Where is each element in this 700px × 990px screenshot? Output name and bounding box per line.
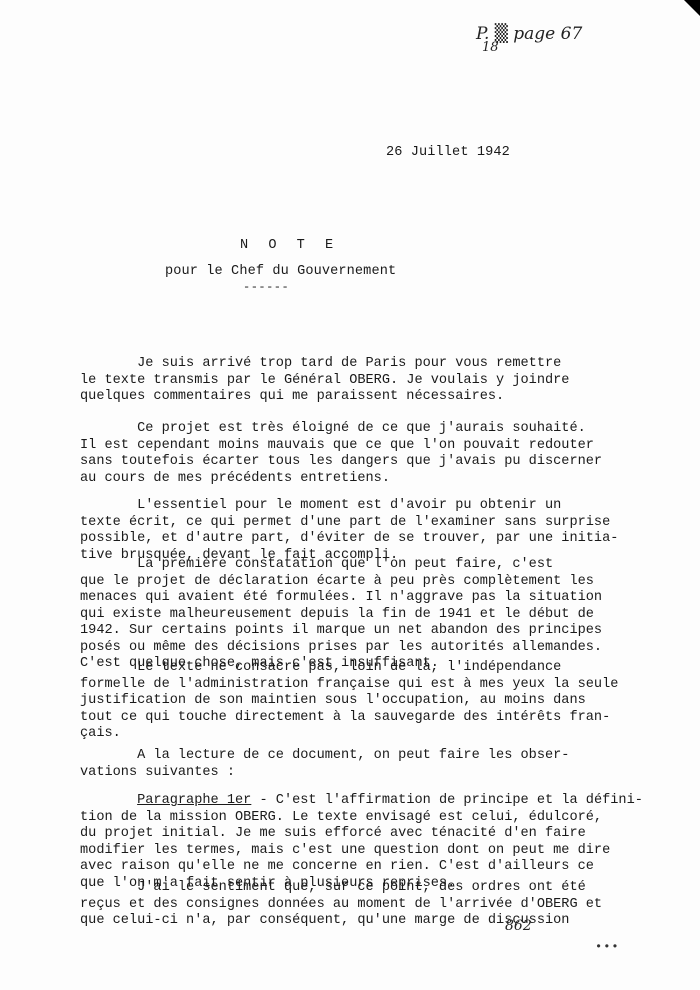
- text-line: modifier les termes, mais c'est une ques…: [80, 843, 643, 860]
- text-line: du projet initial. Je me suis efforcé av…: [80, 826, 643, 843]
- archive-annotation-sub: 18: [482, 40, 499, 55]
- archive-annotation: P. ▒ page 67 18: [476, 24, 582, 44]
- text-line: justification de son maintien sous l'occ…: [80, 693, 618, 710]
- paragraph-heading: Paragraphe 1er: [137, 793, 251, 808]
- text-line: Paragraphe 1er - C'est l'affirmation de …: [80, 793, 643, 810]
- document-date: 26 Juillet 1942: [386, 145, 510, 160]
- paragraph: A la lecture de ce document, on peut fai…: [80, 748, 569, 781]
- continuation-mark: •••: [595, 940, 620, 954]
- paragraph: Paragraphe 1er - C'est l'affirmation de …: [80, 793, 643, 892]
- document-title: N O T E: [240, 238, 339, 253]
- text-line: posés ou même des décisions prises par l…: [80, 640, 602, 657]
- text-line: A la lecture de ce document, on peut fai…: [80, 748, 569, 765]
- text-line: Ce projet est très éloigné de ce que j'a…: [80, 421, 602, 438]
- text-line: L'essentiel pour le moment est d'avoir p…: [80, 498, 618, 515]
- paragraph: Le texte ne consacre pas, loin de là, l'…: [80, 660, 618, 743]
- paragraph: La première constatation que l'on peut f…: [80, 557, 602, 673]
- text-line: Je suis arrivé trop tard de Paris pour v…: [80, 356, 569, 373]
- page-corner-fold: [684, 0, 700, 16]
- text-line: tion de la mission OBERG. Le texte envis…: [80, 810, 643, 827]
- text-line: avec raison qu'elle ne me concerne en ri…: [80, 859, 643, 876]
- text-line: tout ce qui touche directement à la sauv…: [80, 710, 618, 727]
- text-line: quelques commentaires qui me paraissent …: [80, 389, 569, 406]
- text-line: La première constatation que l'on peut f…: [80, 557, 602, 574]
- title-underline: ------: [243, 280, 289, 295]
- folio-number: 862: [505, 918, 532, 934]
- text-line: J'ai le sentiment que, sur ce point, des…: [80, 880, 602, 897]
- paragraph: L'essentiel pour le moment est d'avoir p…: [80, 498, 618, 564]
- document-page: P. ▒ page 67 18 26 Juillet 1942 N O T E …: [0, 0, 700, 990]
- text-line: Le texte ne consacre pas, loin de là, l'…: [80, 660, 618, 677]
- text-line: menaces qui avaient été formulées. Il n'…: [80, 590, 602, 607]
- text-line: 1942. Sur certains points il marque un n…: [80, 623, 602, 640]
- paragraph: Ce projet est très éloigné de ce que j'a…: [80, 421, 602, 487]
- text-line: formelle de l'administration française q…: [80, 677, 618, 694]
- text-line: Il est cependant moins mauvais que ce qu…: [80, 438, 602, 455]
- document-subtitle: pour le Chef du Gouvernement: [165, 264, 396, 279]
- text-line: le texte transmis par le Général OBERG. …: [80, 373, 569, 390]
- text-line: qui existe malheureusement depuis la fin…: [80, 607, 602, 624]
- paragraph: Je suis arrivé trop tard de Paris pour v…: [80, 356, 569, 406]
- text-line: texte écrit, ce qui permet d'une part de…: [80, 515, 618, 532]
- text-line: vations suivantes :: [80, 765, 569, 782]
- text-line: çais.: [80, 726, 618, 743]
- text-line: possible, et d'autre part, d'éviter de s…: [80, 531, 618, 548]
- text-line: reçus et des consignes données au moment…: [80, 897, 602, 914]
- text-line: que le projet de déclaration écarte à pe…: [80, 574, 602, 591]
- text-line: au cours de mes précédents entretiens.: [80, 471, 602, 488]
- text-line: sans toutefois écarter tous les dangers …: [80, 454, 602, 471]
